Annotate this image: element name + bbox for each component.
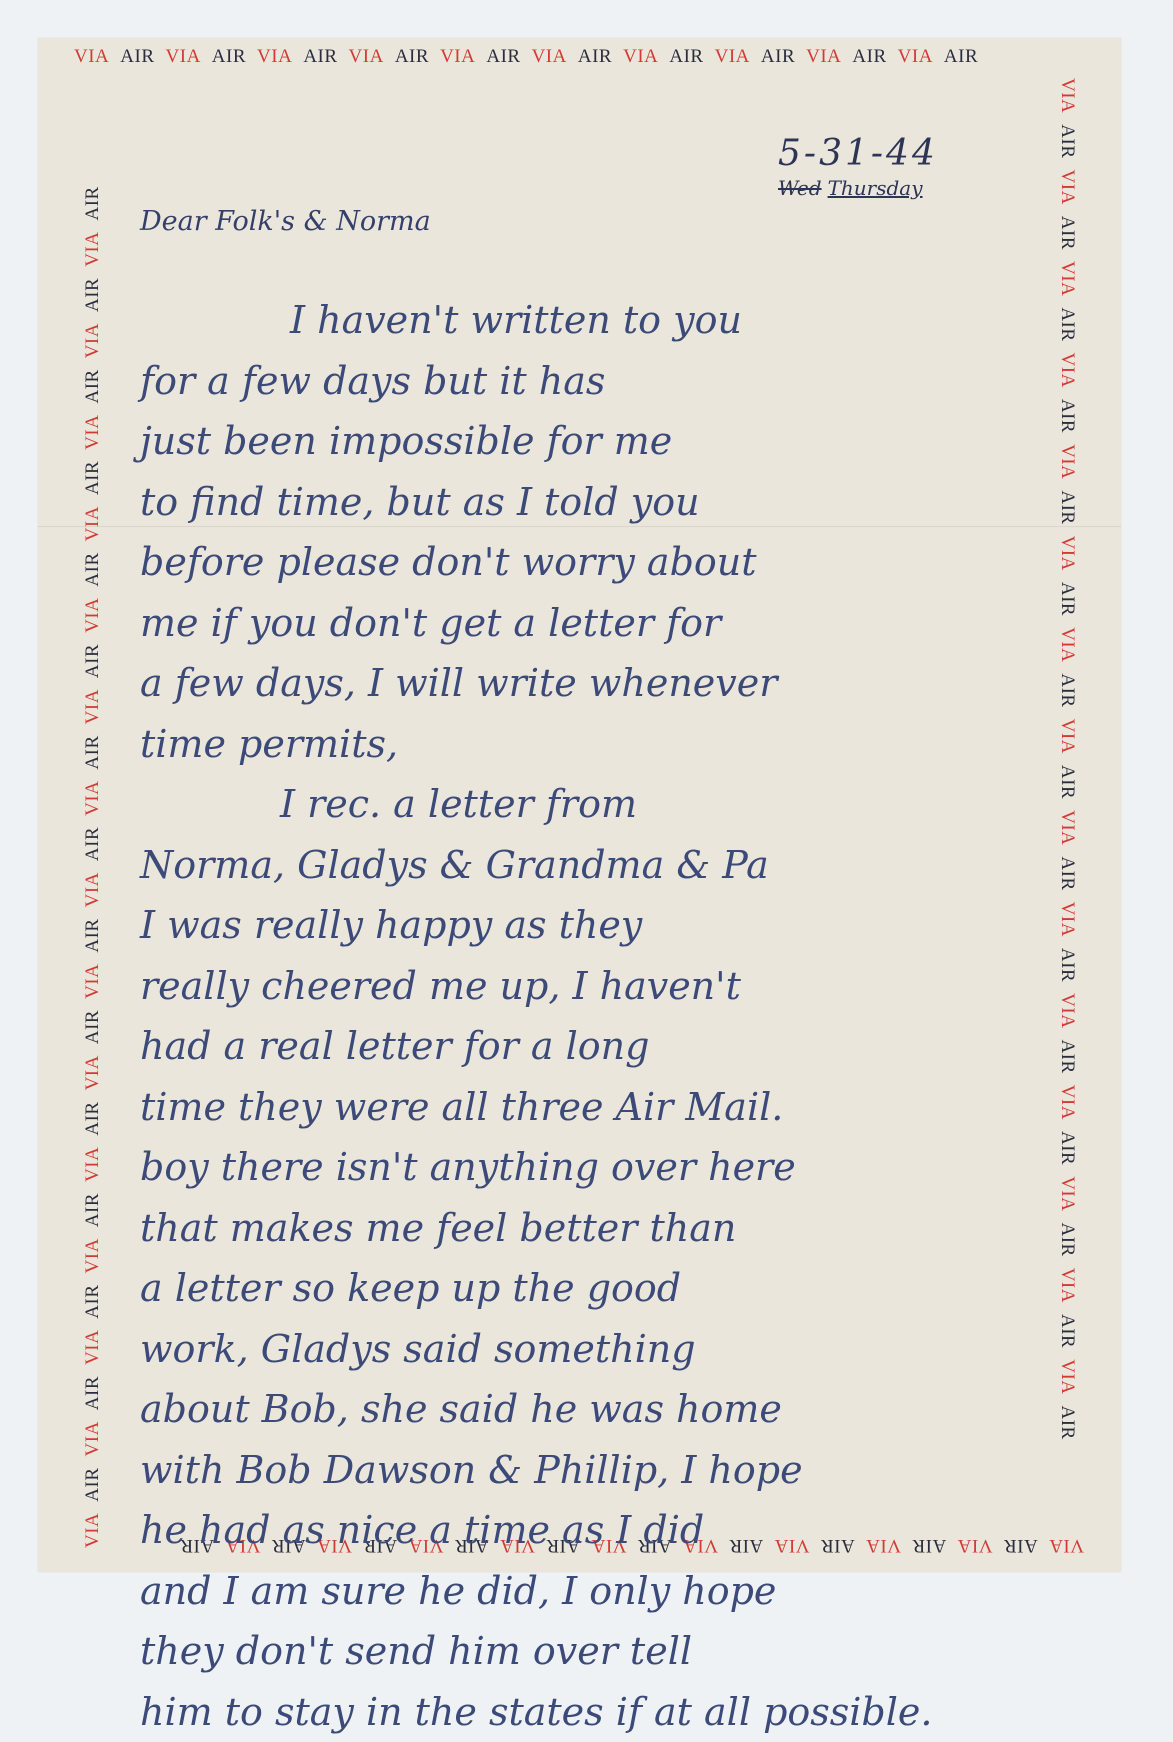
body-line: and I am sure he did, I only hope [140,1561,1040,1622]
border-word: VIA [82,232,103,267]
border-word: VIA [166,46,201,67]
border-word: VIA [715,46,750,67]
border-word: AIR [761,46,795,67]
border-word: AIR [82,461,103,495]
border-word: VIA [1057,902,1078,937]
body-line: he had as nice a time as I did [140,1500,1040,1561]
via-air-border-top: VIAAIRVIAAIRVIAAIRVIAAIRVIAAIRVIAAIRVIAA… [74,46,989,68]
border-word: VIA [898,46,933,67]
border-word: AIR [1057,1222,1078,1256]
border-word: AIR [82,1101,103,1135]
border-word: VIA [82,323,103,358]
body-line: a few days, I will write whenever [140,653,1040,714]
border-word: AIR [1057,307,1078,341]
body-line: work, Gladys said something [140,1319,1040,1380]
border-word: VIA [82,872,103,907]
border-word: VIA [1057,170,1078,205]
border-word: VIA [82,506,103,541]
border-word: AIR [82,1467,103,1501]
border-word: AIR [82,186,103,220]
border-word: VIA [1057,810,1078,845]
border-word: VIA [1057,1085,1078,1120]
border-word: AIR [1057,582,1078,616]
body-line: time permits, [140,714,1040,775]
border-word: AIR [82,552,103,586]
border-word: VIA [82,781,103,816]
body-line: just been impossible for me [140,411,1040,472]
via-air-border-left: VIAAIRVIAAIRVIAAIRVIAAIRVIAAIRVIAAIRVIAA… [82,175,104,1548]
border-word: AIR [82,1193,103,1227]
border-word: AIR [82,735,103,769]
border-word: VIA [74,46,109,67]
body-line: with Bob Dawson & Phillip, I hope [140,1440,1040,1501]
border-word: AIR [944,46,978,67]
border-word: VIA [1057,719,1078,754]
letter-date: 5-31-44 [778,133,938,174]
body-line: I was really happy as they [140,895,1040,956]
border-word: VIA [82,689,103,724]
border-word: AIR [1057,124,1078,158]
letter-body: I haven't written to you for a few days … [140,290,1040,1636]
border-word: VIA [82,1421,103,1456]
body-line: had a real letter for a long [140,1016,1040,1077]
border-word: AIR [1057,216,1078,250]
salutation: Dear Folk's & Norma [140,206,431,237]
body-line: about Bob, she said he was home [140,1379,1040,1440]
border-word: AIR [82,1376,103,1410]
body-line: I haven't written to you [140,290,1040,351]
body-line: a letter so keep up the good [140,1258,1040,1319]
border-word: VIA [1057,261,1078,296]
border-word: AIR [212,46,246,67]
border-word: AIR [82,1284,103,1318]
body-line: that makes me feel better than [140,1198,1040,1259]
border-word: AIR [82,1010,103,1044]
border-word: AIR [669,46,703,67]
border-word: VIA [1057,627,1078,662]
border-word: VIA [1057,444,1078,479]
airmail-letter-sheet: VIAAIRVIAAIRVIAAIRVIAAIRVIAAIRVIAAIRVIAA… [38,38,1121,1572]
border-word: VIA [82,964,103,999]
body-line: to find time, but as I told you [140,472,1040,533]
border-word: VIA [440,46,475,67]
border-word: VIA [82,1330,103,1365]
border-word: AIR [82,827,103,861]
via-air-border-right: VIAAIRVIAAIRVIAAIRVIAAIRVIAAIRVIAAIRVIAA… [1056,78,1078,1451]
border-word: AIR [1057,1039,1078,1073]
body-line: they don't send him over tell [140,1621,1040,1636]
border-word: AIR [82,369,103,403]
border-word: AIR [486,46,520,67]
body-line: time they were all three Air Mail. [140,1077,1040,1138]
body-line: really cheered me up, I haven't [140,956,1040,1017]
border-word: AIR [1057,948,1078,982]
border-word: VIA [1049,1535,1084,1556]
body-line: Norma, Gladys & Grandma & Pa [140,835,1040,896]
border-word: VIA [82,1513,103,1548]
border-word: AIR [82,918,103,952]
border-word: AIR [1057,673,1078,707]
border-word: VIA [82,415,103,450]
body-line: before please don't worry about [140,532,1040,593]
border-word: VIA [82,1147,103,1182]
border-word: AIR [1057,765,1078,799]
border-word: AIR [1057,1314,1078,1348]
border-word: AIR [1057,490,1078,524]
border-word: AIR [1057,399,1078,433]
body-line: me if you don't get a letter for [140,593,1040,654]
struck-day: Wed [778,176,822,200]
border-word: VIA [257,46,292,67]
border-word: VIA [1057,993,1078,1028]
border-word: AIR [120,46,154,67]
body-line: boy there isn't anything over here [140,1137,1040,1198]
border-word: AIR [82,278,103,312]
border-word: AIR [1057,856,1078,890]
border-word: VIA [1057,1176,1078,1211]
border-word: VIA [1057,536,1078,571]
border-word: VIA [82,1055,103,1090]
border-word: AIR [852,46,886,67]
border-word: VIA [82,1238,103,1273]
border-word: VIA [1057,78,1078,113]
border-word: AIR [1057,1406,1078,1440]
weekday: Thursday [828,176,923,200]
border-word: VIA [806,46,841,67]
letter-date-block: 5-31-44 WedThursday [778,133,938,200]
border-word: AIR [578,46,612,67]
border-word: VIA [1057,353,1078,388]
letter-day: WedThursday [778,176,938,200]
border-word: AIR [82,644,103,678]
border-word: VIA [1057,1268,1078,1303]
border-word: VIA [82,598,103,633]
border-word: VIA [532,46,567,67]
border-word: VIA [1057,1359,1078,1394]
border-word: VIA [623,46,658,67]
border-word: AIR [395,46,429,67]
body-line: I rec. a letter from [140,774,1040,835]
border-word: VIA [349,46,384,67]
body-line: for a few days but it has [140,351,1040,412]
border-word: AIR [1057,1131,1078,1165]
border-word: AIR [303,46,337,67]
